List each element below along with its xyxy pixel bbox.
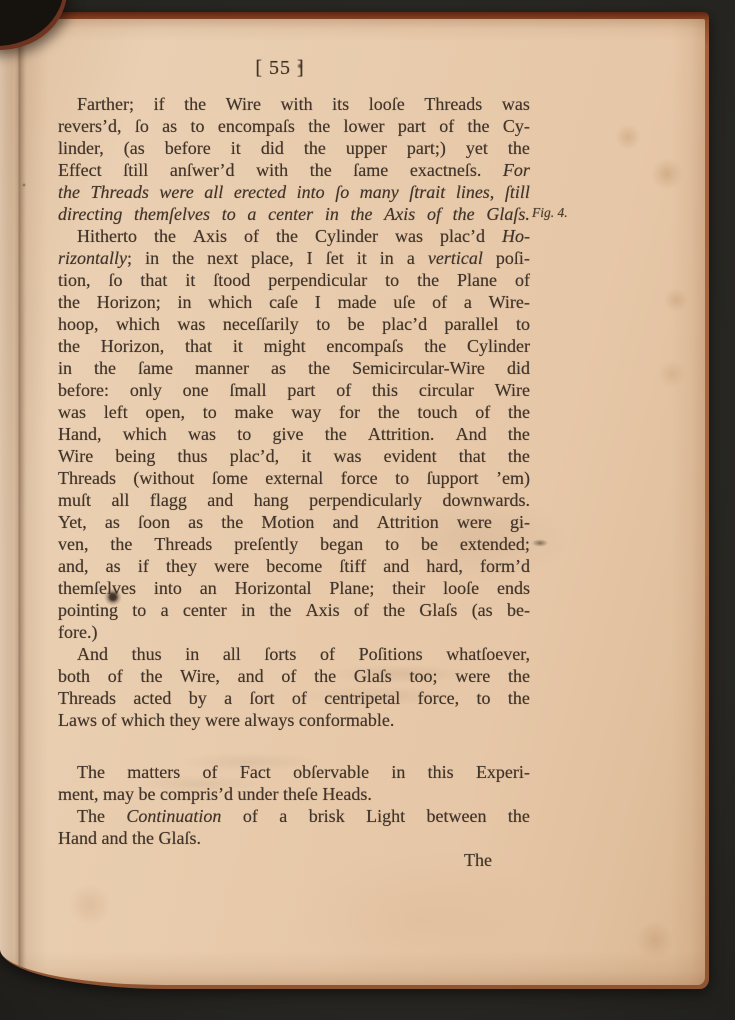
text-line: Farther;iftheWirewithitslooſeThreadswas — [58, 93, 530, 115]
text-line: HithertotheAxisoftheCylinderwasplac’dHo- — [58, 225, 530, 247]
text-line: rizontally;inthenextplace,Iſetitinaverti… — [58, 247, 530, 269]
text-line: Hand and the Glaſs. — [58, 827, 530, 849]
text-line: before:onlyoneſmallpartofthiscircularWir… — [58, 379, 530, 401]
text-line: linder,(asbeforeitdidtheupperpart;)yetth… — [58, 137, 530, 159]
text-line: ment, may be compris’d under theſe Heads… — [58, 783, 530, 805]
text-line: Threads(withoutſomeexternalforcetoſuppor… — [58, 467, 530, 489]
text-line: ThemattersofFactobſervableinthisExperi- — [58, 761, 530, 783]
text-line: hoop,whichwasneceſſarilytobeplac’dparall… — [58, 313, 530, 335]
text-block: [ 55 ] Farther;iftheWirewithitslooſeThre… — [58, 57, 530, 871]
page-number-header: [ 55 ] — [44, 57, 516, 79]
text-line: revers’d,ſoastoencompaſsthelowerpartofth… — [58, 115, 530, 137]
text-line: TheContinuationofabriskLightbetweenthe — [58, 805, 530, 827]
text-line: intheſamemannerastheSemicircular-Wiredid — [58, 357, 530, 379]
text-line: Yet,asſoonastheMotionandAttritionweregi- — [58, 511, 530, 533]
text-line: themſelvesintoanHorizontalPlane;theirloo… — [58, 577, 530, 599]
paragraph: TheContinuationofabriskLightbetweentheHa… — [58, 805, 530, 849]
text-line: tion,ſothatitſtoodperpendiculartothePlan… — [58, 269, 530, 291]
text-line: Hand,whichwastogivetheAttrition.Andthe — [58, 423, 530, 445]
text-line: directingthemſelvestoacenterintheAxisoft… — [58, 203, 530, 225]
book-page: [ 55 ] Farther;iftheWirewithitslooſeThre… — [0, 12, 709, 989]
text-line: Laws of which they were always conformab… — [58, 709, 530, 731]
text-line: theHorizon,thatitmightencompaſstheCylind… — [58, 335, 530, 357]
text-line: Threadsactedbyaſortofcentripetalforce,to… — [58, 687, 530, 709]
text-line: theThreadswereallerectedintoſomanyſtrait… — [58, 181, 530, 203]
text-line: Effectſtillanſwer’dwiththeſameexactneſs.… — [58, 159, 530, 181]
body-text: Farther;iftheWirewithitslooſeThreadswasr… — [58, 93, 530, 849]
figure-margin-note: Fig. 4. — [532, 205, 568, 221]
text-line: ven,theThreadspreſentlybegantobeextended… — [58, 533, 530, 555]
paragraph: HithertotheAxisoftheCylinderwasplac’dHo-… — [58, 225, 530, 643]
text-line: pointingtoacenterintheAxisoftheGlaſs(asb… — [58, 599, 530, 621]
paragraph: AndthusinallſortsofPoſitionswhatſoever,b… — [58, 643, 530, 731]
text-line: fore.) — [58, 621, 530, 643]
paragraph: Farther;iftheWirewithitslooſeThreadswasr… — [58, 93, 530, 225]
paper-surface: [ 55 ] Farther;iftheWirewithitslooſeThre… — [0, 19, 705, 985]
paragraph: ThemattersofFactobſervableinthisExperi-m… — [58, 761, 530, 805]
catchword: The — [58, 849, 530, 871]
text-line: muſtallflaggandhangperpendicularlydownwa… — [58, 489, 530, 511]
text-line: theHorizon;inwhichcaſeImadeuſeofaWire- — [58, 291, 530, 313]
text-line: Wirebeingthusplac’d,itwasevidentthatthe — [58, 445, 530, 467]
text-line: and,asiftheywerebecomeſtiffandhard,form’… — [58, 555, 530, 577]
scanned-book-photo: [ 55 ] Farther;iftheWirewithitslooſeThre… — [0, 0, 735, 1020]
text-line: AndthusinallſortsofPoſitionswhatſoever, — [58, 643, 530, 665]
text-line: wasleftopen,tomakewayforthetouchofthe — [58, 401, 530, 423]
text-line: bothoftheWire,andoftheGlaſstoo;werethe — [58, 665, 530, 687]
